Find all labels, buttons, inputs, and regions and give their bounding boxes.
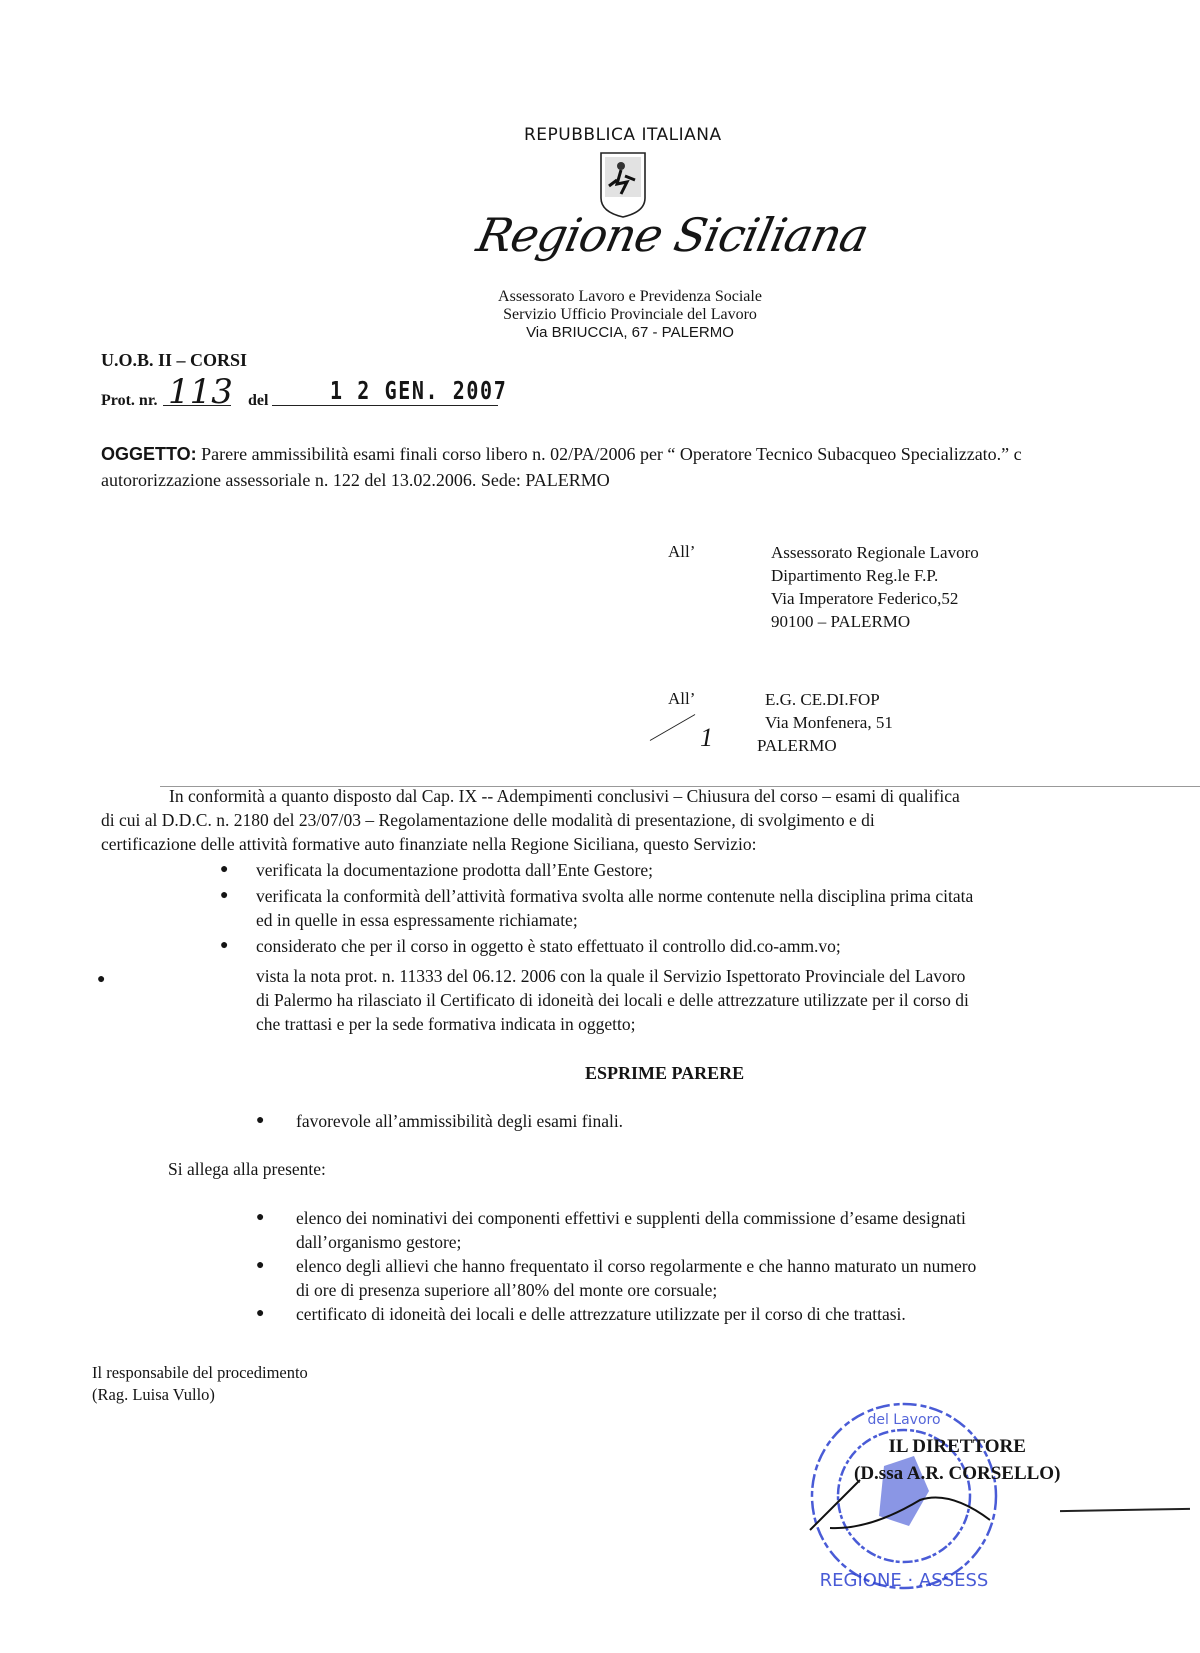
- department-block: Assessorato Lavoro e Previdenza Sociale …: [480, 288, 780, 342]
- address-line: E.G. CE.DI.FOP: [765, 688, 893, 711]
- list-item-text: di Palermo ha rilasciato il Certificato …: [256, 988, 969, 1012]
- subject-line: autororizzazione assessoriale n. 122 del…: [101, 467, 1022, 493]
- attachments-intro: Si allega alla presente:: [168, 1157, 326, 1181]
- bullet-icon: ●: [220, 934, 256, 958]
- date-underline: [272, 405, 498, 406]
- intro-line: In conformità a quanto disposto dal Cap.…: [101, 784, 960, 808]
- list-item: ● verificata la conformità dell’attività…: [220, 884, 973, 932]
- decision-heading: ESPRIME PARERE: [585, 1063, 744, 1084]
- address-line: Assessorato Regionale Lavoro: [771, 541, 979, 564]
- decision-item: ● favorevole all’ammissibilità degli esa…: [256, 1109, 623, 1133]
- list-item: ● elenco degli allievi che hanno frequen…: [256, 1254, 976, 1302]
- list-item-text: che trattasi e per la sede formativa ind…: [256, 1012, 969, 1036]
- svg-text:REGIONE · ASSESS: REGIONE · ASSESS: [820, 1570, 989, 1591]
- bullet-icon: ●: [220, 858, 256, 882]
- list-item-text: dall’organismo gestore;: [296, 1230, 966, 1254]
- director-title: IL DIRETTORE: [854, 1433, 1060, 1460]
- list-item: ● certificato di idoneità dei locali e d…: [256, 1302, 976, 1326]
- checks-list: ● verificata la documentazione prodotta …: [220, 858, 973, 958]
- prot-underline: [163, 405, 231, 406]
- address-line: Dipartimento Reg.le F.P.: [771, 564, 979, 587]
- recipient-address: Assessorato Regionale Lavoro Dipartiment…: [771, 541, 979, 633]
- svg-text:del Lavoro: del Lavoro: [867, 1412, 940, 1428]
- recipient-prefix: All’: [668, 689, 695, 709]
- unit-label: U.O.B. II – CORSI: [101, 350, 247, 371]
- department-line: Servizio Ufficio Provinciale del Lavoro: [480, 306, 780, 324]
- address-line: Via Imperatore Federico,52: [771, 587, 979, 610]
- list-item-text: certificato di idoneità dei locali e del…: [296, 1302, 906, 1326]
- address-line: 90100 – PALERMO: [771, 610, 979, 633]
- responsible-label: Il responsabile del procedimento: [92, 1362, 308, 1384]
- decision-text: favorevole all’ammissibilità degli esami…: [296, 1109, 623, 1133]
- attachments-list: ● elenco dei nominativi dei componenti e…: [256, 1206, 976, 1326]
- date-stamp: 1 2 GEN. 2007: [330, 376, 507, 405]
- department-address: Via BRIUCCIA, 67 - PALERMO: [480, 324, 780, 342]
- list-item-text: ed in quelle in essa espressamente richi…: [256, 908, 973, 932]
- list-item: ● verificata la documentazione prodotta …: [220, 858, 973, 882]
- bullet-icon: ●: [256, 1302, 296, 1326]
- list-item-text: verificata la documentazione prodotta da…: [256, 858, 653, 882]
- bullet-icon: ●: [220, 884, 256, 932]
- handwritten-mark: 1: [700, 723, 713, 753]
- address-line: PALERMO: [757, 734, 893, 757]
- bullet-icon: ●: [256, 1109, 296, 1133]
- intro-paragraph: In conformità a quanto disposto dal Cap.…: [101, 784, 960, 856]
- list-item-text: di ore di presenza superiore all’80% del…: [296, 1278, 976, 1302]
- intro-line: certificazione delle attività formative …: [101, 832, 960, 856]
- subject-line: Parere ammissibilità esami finali corso …: [201, 444, 1022, 464]
- region-name: Regione Siciliana: [472, 208, 872, 262]
- list-item: ● considerato che per il corso in oggett…: [220, 934, 973, 958]
- subject: OGGETTO: Parere ammissibilità esami fina…: [101, 441, 1022, 493]
- bullet-icon: ●: [97, 972, 105, 988]
- subject-label: OGGETTO:: [101, 444, 197, 464]
- responsible-name: (Rag. Luisa Vullo): [92, 1384, 308, 1406]
- responsible-block: Il responsabile del procedimento (Rag. L…: [92, 1362, 308, 1406]
- bullet-icon: ●: [256, 1254, 296, 1302]
- list-item-text: verificata la conformità dell’attività f…: [256, 884, 973, 908]
- intro-line: di cui al D.D.C. n. 2180 del 23/07/03 – …: [101, 808, 960, 832]
- pen-stroke: [650, 714, 696, 741]
- signature-line: [1060, 1508, 1190, 1512]
- list-item: ● elenco dei nominativi dei componenti e…: [256, 1206, 976, 1254]
- signature-icon: [800, 1470, 1000, 1540]
- list-item-text: vista la nota prot. n. 11333 del 06.12. …: [256, 964, 969, 988]
- list-item-text: elenco degli allievi che hanno frequenta…: [296, 1254, 976, 1278]
- recipient-prefix: All’: [668, 542, 695, 562]
- department-line: Assessorato Lavoro e Previdenza Sociale: [480, 288, 780, 306]
- list-item: vista la nota prot. n. 11333 del 06.12. …: [256, 964, 969, 1036]
- republic-heading: REPUBBLICA ITALIANA: [524, 125, 722, 145]
- del-label: del: [248, 392, 268, 410]
- address-line: Via Monfenera, 51: [765, 711, 893, 734]
- list-item-text: elenco dei nominativi dei componenti eff…: [296, 1206, 966, 1230]
- prot-number: 113: [168, 372, 233, 412]
- prot-label: Prot. nr.: [101, 392, 157, 410]
- list-item-text: considerato che per il corso in oggetto …: [256, 934, 841, 958]
- recipient-address: E.G. CE.DI.FOP Via Monfenera, 51 PALERMO: [765, 688, 893, 757]
- bullet-icon: ●: [256, 1206, 296, 1254]
